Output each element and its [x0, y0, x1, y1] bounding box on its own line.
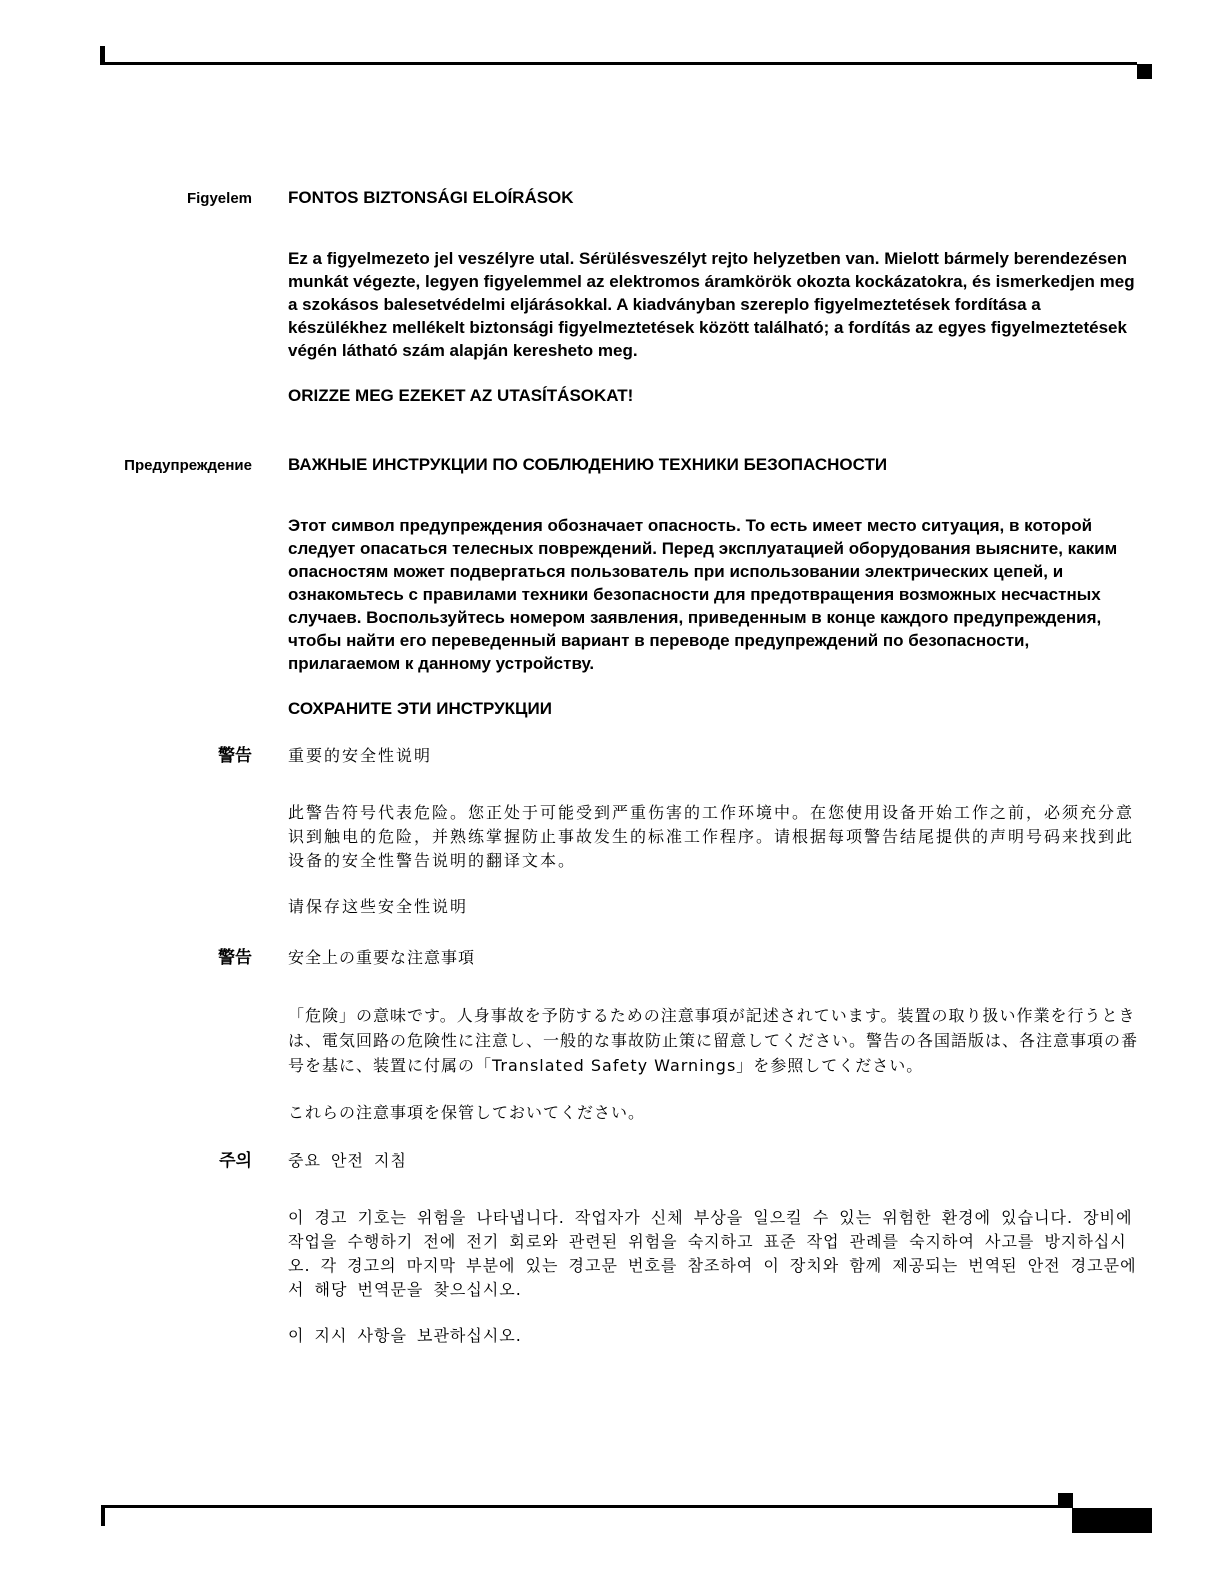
page-edge-tab — [1072, 1508, 1152, 1533]
warning-body-chinese: 此警告符号代表危险。您正处于可能受到严重伤害的工作环境中。在您使用设备开始工作之… — [288, 801, 1140, 873]
warning-footer-russian: СОХРАНИТЕ ЭТИ ИНСТРУКЦИИ — [288, 697, 1140, 720]
registration-mark-bottom-right — [1058, 1493, 1073, 1506]
warning-title-russian: ВАЖНЫЕ ИНСТРУКЦИИ ПО СОБЛЮДЕНИЮ ТЕХНИКИ … — [288, 453, 1140, 476]
warning-footer-japanese: これらの注意事項を保管しておいてください。 — [288, 1100, 1140, 1125]
warning-body-hungarian: Ez a figyelmezeto jel veszélyre utal. Sé… — [288, 247, 1140, 362]
warning-title-korean: 중요 안전 지침 — [288, 1149, 1140, 1173]
warning-title-chinese: 重要的安全性说明 — [288, 744, 1140, 768]
warning-section-korean: 주의 중요 안전 지침 이 경고 기호는 위험을 나타냅니다. 작업자가 신체 … — [0, 1149, 1148, 1348]
warning-title-hungarian: FONTOS BIZTONSÁGI ELOÍRÁSOK — [288, 186, 1140, 209]
warning-footer-korean: 이 지시 사항을 보관하십시오. — [288, 1324, 1140, 1348]
document-page: Figyelem FONTOS BIZTONSÁGI ELOÍRÁSOK Ez … — [0, 0, 1224, 1584]
warning-label-chinese: 警告 — [0, 744, 252, 768]
warning-title-japanese: 安全上の重要な注意事項 — [288, 945, 1140, 970]
warning-body-japanese: 「危険」の意味です。人身事故を予防するための注意事項が記述されています。装置の取… — [288, 1003, 1140, 1078]
warning-body-russian: Этот символ предупреждения обозначает оп… — [288, 514, 1140, 675]
warning-body-korean: 이 경고 기호는 위험을 나타냅니다. 작업자가 신체 부상을 일으킬 수 있는… — [288, 1206, 1140, 1302]
registration-mark-top-right — [1137, 64, 1152, 79]
warning-section-hungarian: Figyelem FONTOS BIZTONSÁGI ELOÍRÁSOK Ez … — [0, 186, 1148, 407]
footer-rule — [101, 1505, 1073, 1508]
warning-section-chinese: 警告 重要的安全性说明 此警告符号代表危险。您正处于可能受到严重伤害的工作环境中… — [0, 744, 1148, 919]
warning-footer-chinese: 请保存这些安全性说明 — [288, 895, 1140, 919]
crop-mark-top-left — [100, 46, 105, 65]
warning-section-japanese: 警告 安全上の重要な注意事項 「危険」の意味です。人身事故を予防するための注意事… — [0, 945, 1148, 1125]
crop-mark-bottom-left — [101, 1507, 105, 1526]
warning-label-russian: Предупреждение — [0, 454, 252, 477]
header-rule — [100, 62, 1137, 65]
warning-label-japanese: 警告 — [0, 946, 252, 971]
warning-label-hungarian: Figyelem — [0, 187, 252, 210]
warning-section-russian: Предупреждение ВАЖНЫЕ ИНСТРУКЦИИ ПО СОБЛ… — [0, 453, 1148, 720]
warning-label-korean: 주의 — [0, 1149, 252, 1173]
warning-footer-hungarian: ORIZZE MEG EZEKET AZ UTASÍTÁSOKAT! — [288, 384, 1140, 407]
